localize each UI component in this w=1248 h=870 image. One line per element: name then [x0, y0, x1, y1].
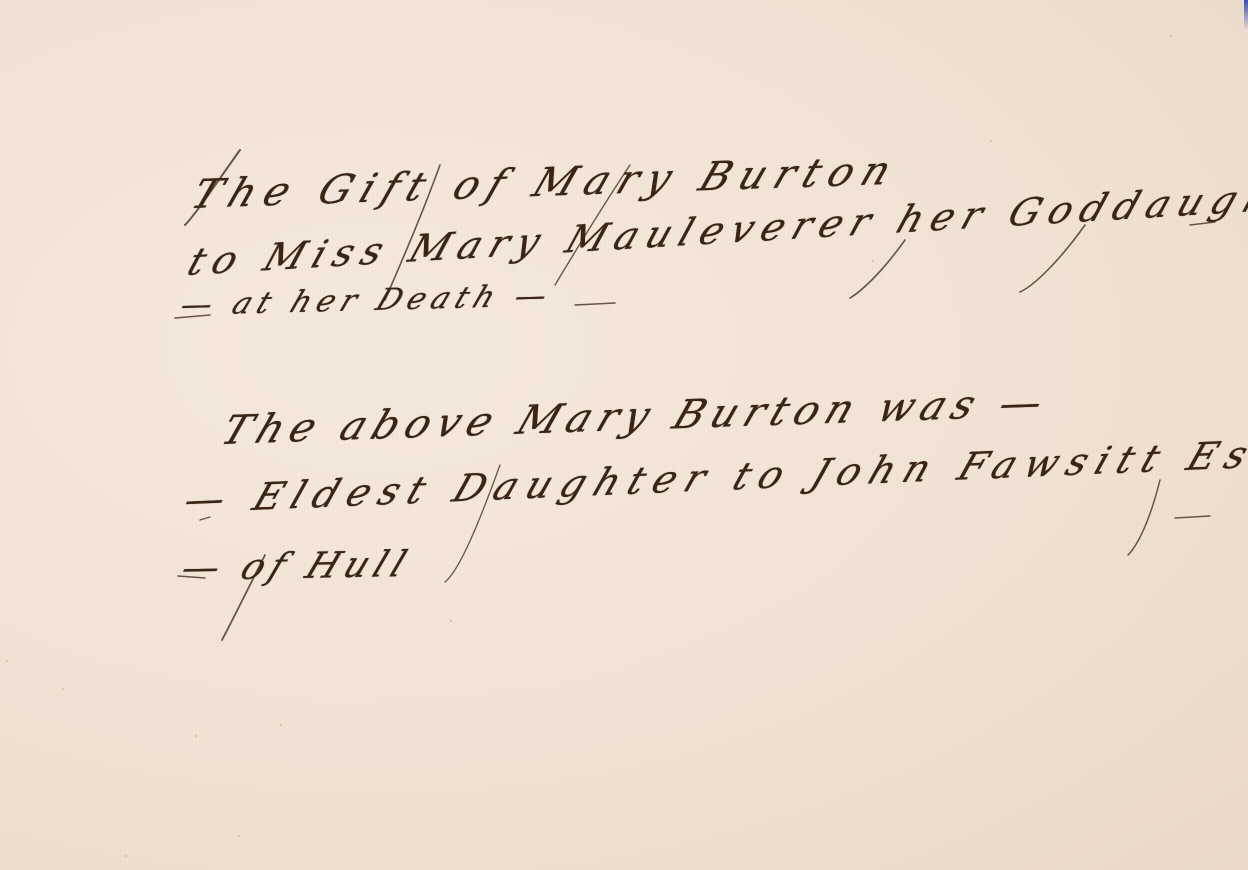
inscription-line-note: The above Mary Burton was —	[215, 380, 1057, 454]
inscription: The Gift of Mary Burton to Miss Mary Mau…	[0, 0, 1248, 870]
inscription-line-occasion: — at her Death —	[175, 278, 559, 323]
inscription-line-place: — of Hull	[175, 544, 418, 589]
manuscript-page: The Gift of Mary Burton to Miss Mary Mau…	[0, 0, 1248, 870]
